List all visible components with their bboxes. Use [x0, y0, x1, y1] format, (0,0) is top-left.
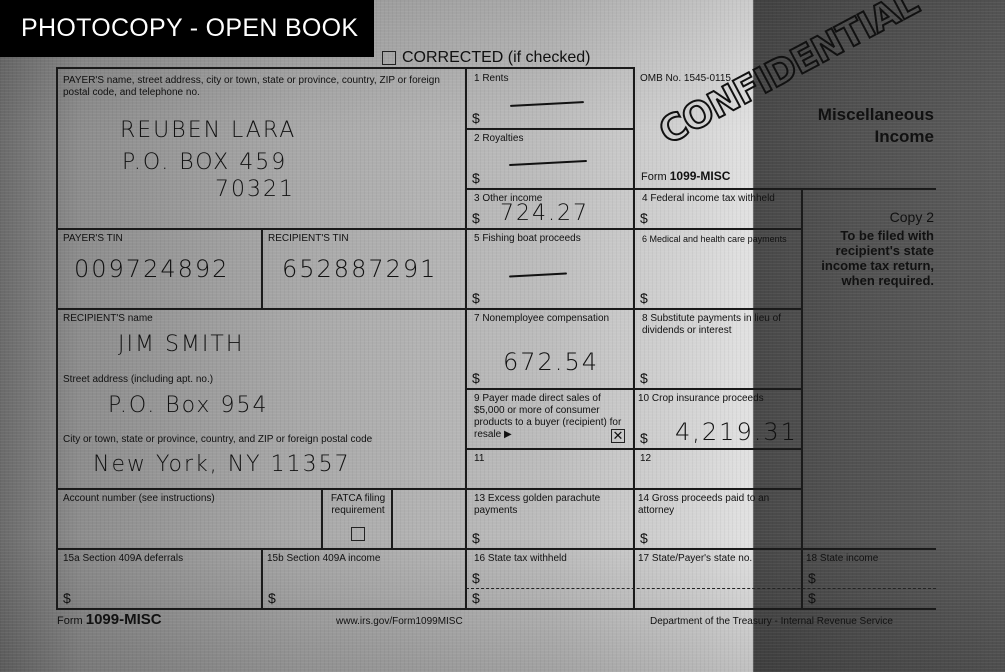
box-13-label: 13 Excess golden parachute payments — [474, 493, 624, 517]
payer-zip[interactable]: 70321 — [215, 177, 295, 202]
corrected-field: CORRECTED (if checked) — [382, 49, 590, 67]
box-6-currency: $ — [640, 290, 648, 306]
box-14-label: 14 Gross proceeds paid to an attorney — [638, 493, 798, 517]
form-prefix: Form — [641, 171, 667, 183]
account-number-label: Account number (see instructions) — [63, 493, 215, 505]
copy-info: Copy 2 To be filed with recipient's stat… — [780, 210, 934, 288]
footer-agency: Department of the Treasury - Internal Re… — [650, 616, 893, 627]
copy-title: Copy 2 — [780, 210, 934, 225]
copy-line: To be filed with — [780, 228, 934, 243]
photocopy-banner: PHOTOCOPY - OPEN BOOK — [0, 0, 374, 57]
form-title: Miscellaneous Income — [760, 104, 934, 148]
footer-form-number: 1099-MISC — [86, 611, 162, 628]
box-7-label: 7 Nonemployee compensation — [474, 313, 609, 325]
box-9-checkbox[interactable]: ✕ — [611, 429, 625, 443]
box-8-label: 8 Substitute payments in lieu of dividen… — [642, 313, 802, 337]
box-3-currency: $ — [472, 210, 480, 226]
box-17-label: 17 State/Payer's state no. — [638, 553, 752, 565]
city-label: City or town, state or province, country… — [63, 434, 372, 446]
box-7-value[interactable]: 672.54 — [503, 348, 599, 376]
form-title-line-1: Miscellaneous — [760, 104, 934, 126]
box-15a-currency: $ — [63, 590, 71, 606]
corrected-label: CORRECTED (if checked) — [402, 49, 590, 67]
box-16-label: 16 State tax withheld — [474, 553, 567, 565]
box-5-currency: $ — [472, 290, 480, 306]
fatca-checkbox[interactable] — [351, 527, 365, 541]
payer-name-label: PAYER'S name, street address, city or to… — [63, 75, 463, 99]
box-4-label: 4 Federal income tax withheld — [642, 193, 775, 205]
box-5-dash-mark — [509, 272, 567, 277]
box-10-label: 10 Crop insurance proceeds — [638, 393, 764, 405]
box-11-label: 11 — [474, 453, 484, 465]
box-9-label: 9 Payer made direct sales of $5,000 or m… — [474, 393, 624, 441]
box-8-currency: $ — [640, 370, 648, 386]
footer-form-prefix: Form — [57, 615, 83, 627]
copy-line: when required. — [780, 273, 934, 288]
box-13-currency: $ — [472, 530, 480, 546]
payer-tin[interactable]: 009724892 — [74, 255, 229, 283]
recipient-name-label: RECIPIENT'S name — [63, 313, 153, 325]
street-address-label: Street address (including apt. no.) — [63, 374, 213, 386]
form-name-top: Form 1099-MISC — [641, 170, 730, 183]
form-title-line-2: Income — [760, 126, 934, 148]
box-10-currency: $ — [640, 430, 648, 446]
payer-address[interactable]: P.O. BOX 459 — [122, 150, 287, 175]
box-10-value[interactable]: 4,219.31 — [675, 418, 798, 446]
box-16-currency: $ — [472, 570, 480, 586]
box-2-label: 2 Royalties — [474, 133, 523, 145]
box-6-label: 6 Medical and health care payments — [642, 233, 787, 245]
box-15b-label: 15b Section 409A income — [267, 553, 380, 565]
box-15a-label: 15a Section 409A deferrals — [63, 553, 183, 565]
recipient-name[interactable]: JIM SMITH — [118, 332, 244, 357]
street-address[interactable]: P.O. Box 954 — [108, 393, 268, 418]
fatca-label: FATCA filing requirement — [325, 493, 391, 517]
box-1-dash-mark — [510, 101, 584, 107]
box-14-currency: $ — [640, 530, 648, 546]
box-2-dash-mark — [509, 160, 587, 166]
box-4-currency: $ — [640, 210, 648, 226]
recipient-tin-label: RECIPIENT'S TIN — [268, 233, 349, 245]
box-12-label: 12 — [640, 453, 651, 465]
box-18-currency-2: $ — [808, 590, 816, 606]
footer-form-name: Form 1099-MISC — [57, 611, 162, 628]
box-15b-currency: $ — [268, 590, 276, 606]
box-16-currency-2: $ — [472, 590, 480, 606]
box-1-currency: $ — [472, 110, 480, 126]
footer-url[interactable]: www.irs.gov/Form1099MISC — [336, 616, 463, 627]
box-18-currency: $ — [808, 570, 816, 586]
city-state-zip[interactable]: New York, NY 11357 — [93, 452, 351, 477]
box-18-label: 18 State income — [806, 553, 878, 565]
corrected-checkbox[interactable] — [382, 51, 396, 65]
box-7-currency: $ — [472, 370, 480, 386]
box-2-currency: $ — [472, 170, 480, 186]
recipient-tin[interactable]: 652887291 — [282, 255, 437, 283]
payer-tin-label: PAYER'S TIN — [63, 233, 123, 245]
form-number: 1099-MISC — [670, 169, 731, 183]
copy-line: income tax return, — [780, 258, 934, 273]
payer-name[interactable]: REUBEN LARA — [120, 118, 296, 143]
copy-line: recipient's state — [780, 243, 934, 258]
box-5-label: 5 Fishing boat proceeds — [474, 233, 581, 245]
box-1-label: 1 Rents — [474, 73, 508, 85]
box-3-value[interactable]: 724.27 — [500, 201, 589, 226]
